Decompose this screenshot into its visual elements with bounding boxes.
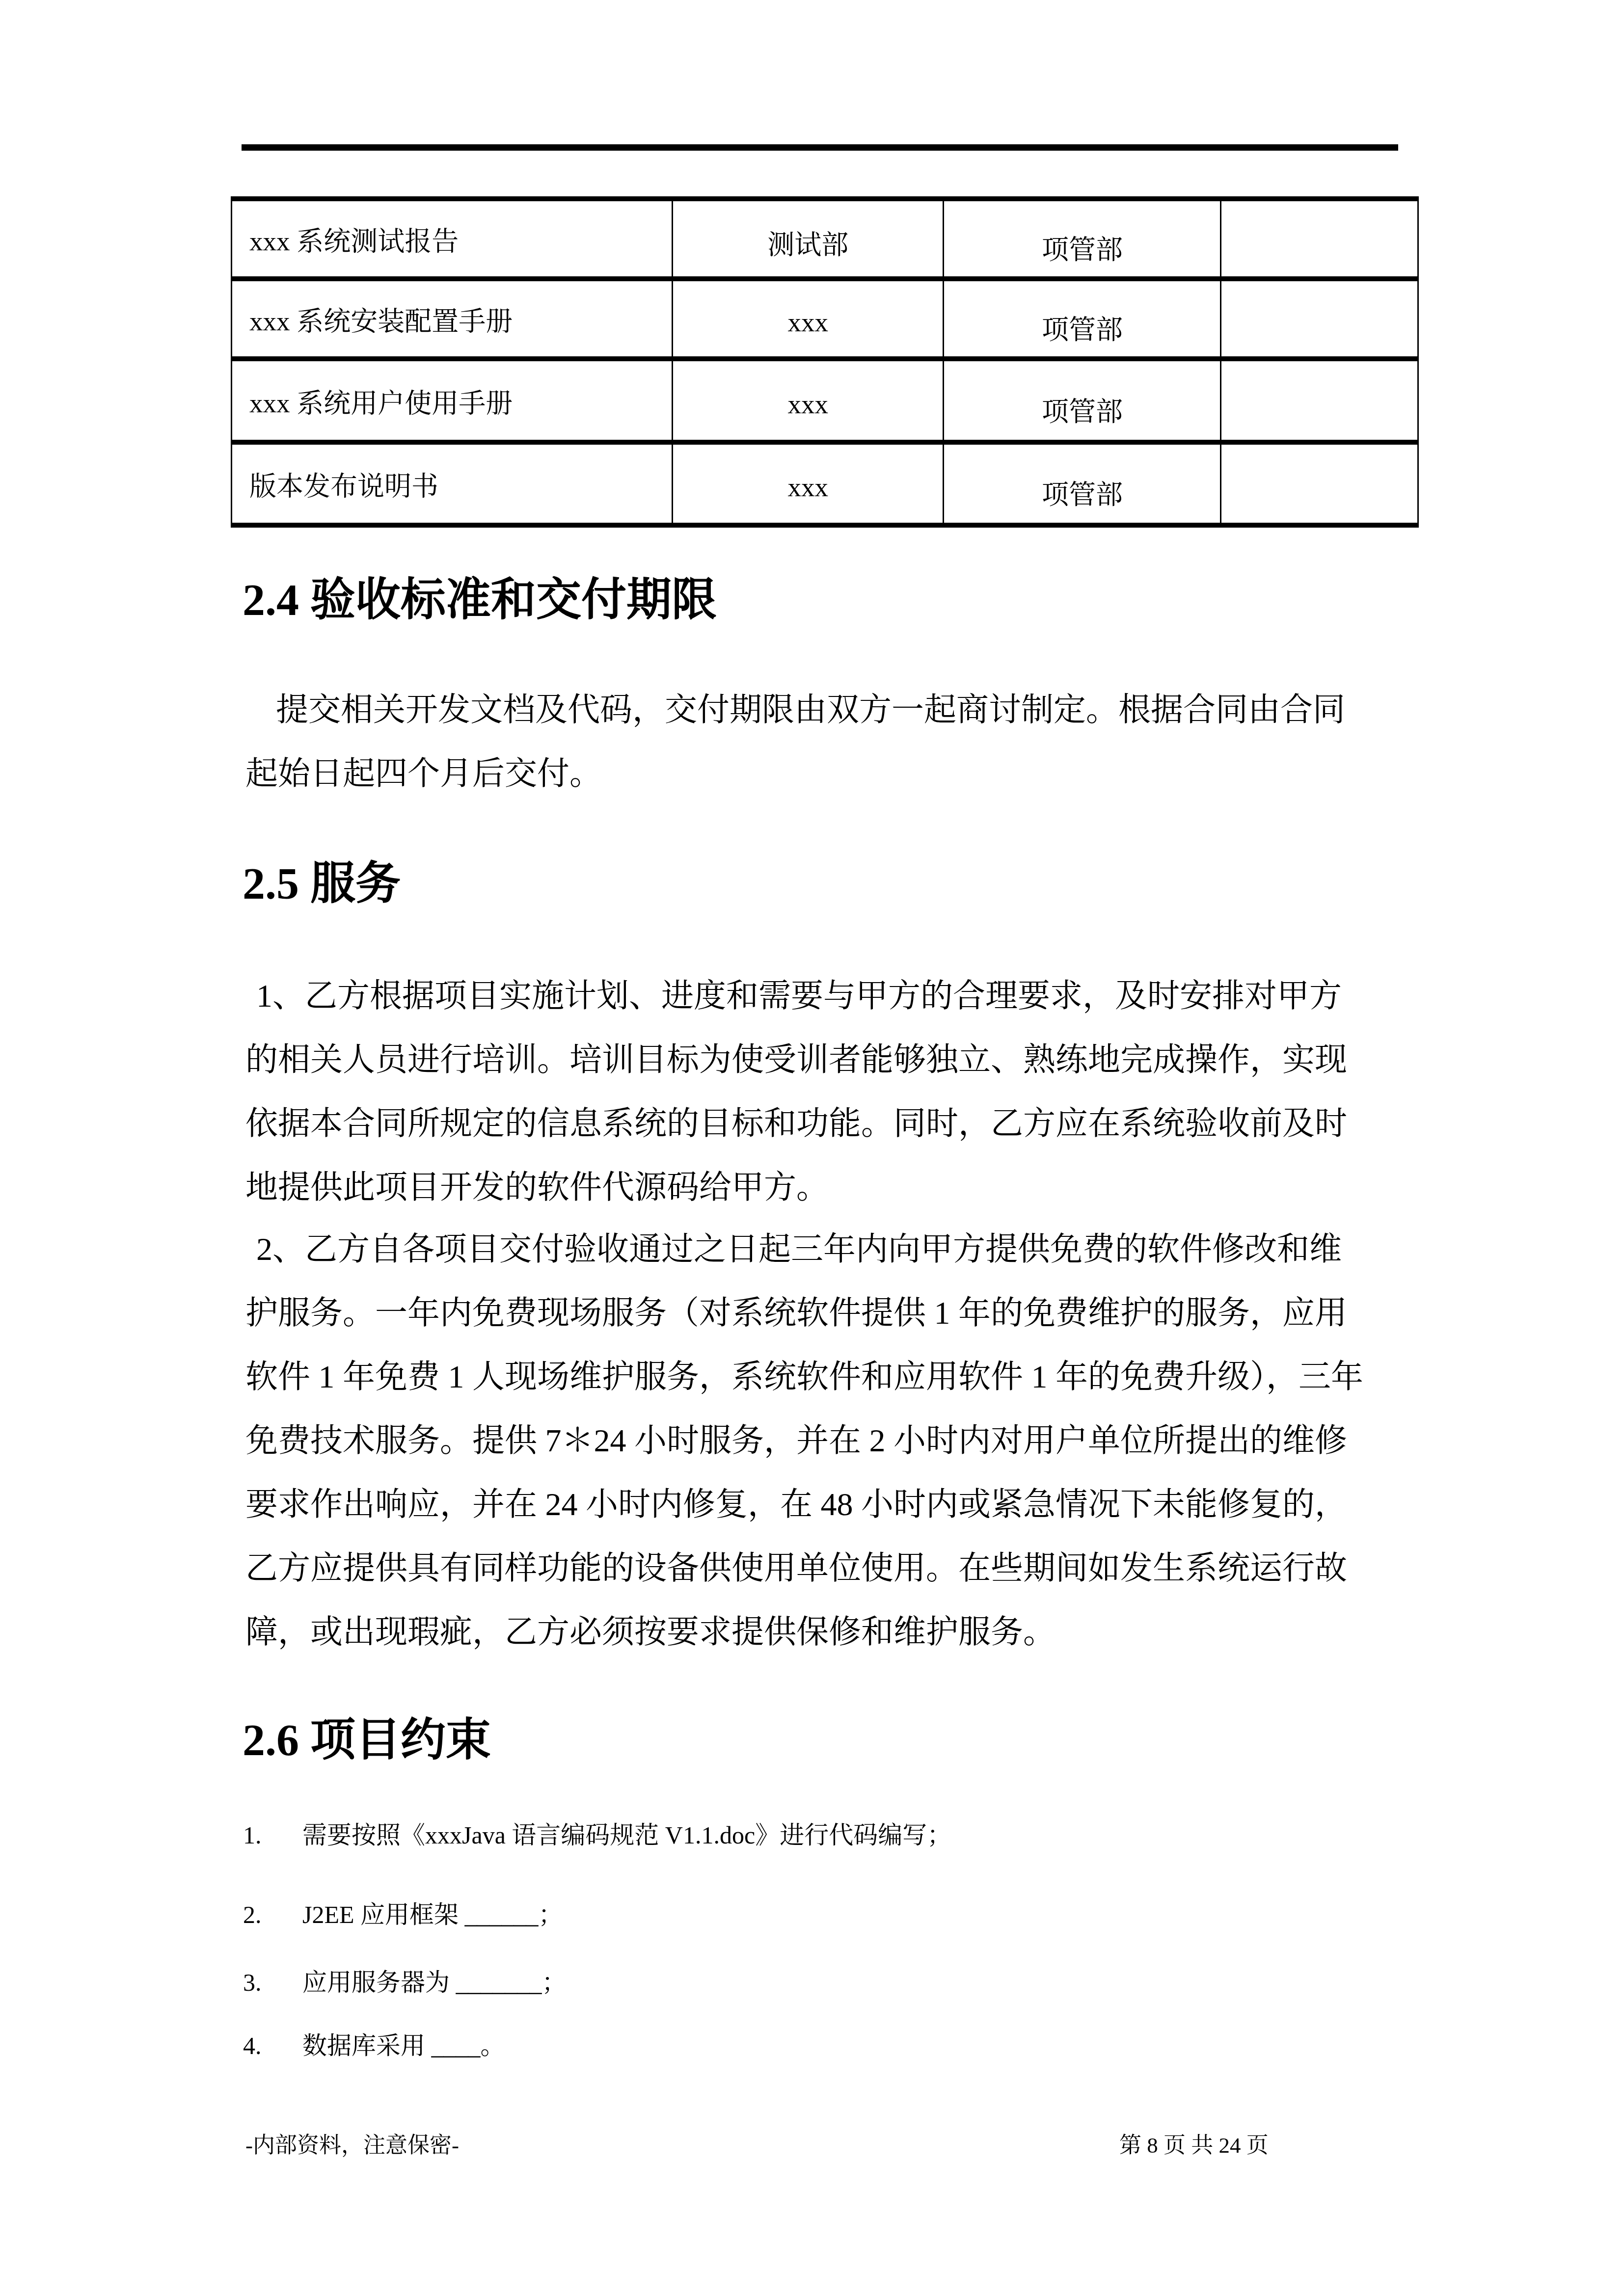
- list-item: 2.J2EE 应用框架 ______；: [243, 1890, 563, 1939]
- table-row: xxx 系统测试报告 测试部 项管部: [232, 199, 1418, 279]
- page-header-rule: [242, 144, 1398, 151]
- table-row: xxx 系统安装配置手册 xxx 项管部: [232, 279, 1418, 359]
- table-cell-dept: 项管部: [944, 359, 1221, 442]
- table-cell-owner: xxx: [673, 442, 944, 525]
- paragraph-line: 护服务。一年内免费现场服务（对系统软件提供 1 年的免费维护的服务，应用: [245, 1281, 1363, 1345]
- table-cell-dept: 项管部: [944, 279, 1221, 359]
- paragraph-line: 的相关人员进行培训。培训目标为使受训者能够独立、熟练地完成操作，实现: [245, 1028, 1347, 1092]
- list-item-text: 数据库采用 ____。: [302, 2032, 505, 2059]
- list-item-number: 4.: [243, 2021, 302, 2070]
- list-item: 3.应用服务器为 _______；: [243, 1958, 567, 2007]
- list-item-text: J2EE 应用框架 ______；: [302, 1901, 563, 1928]
- list-item-number: 1.: [243, 1811, 302, 1860]
- table-cell-dept: 项管部: [944, 442, 1221, 525]
- paragraph-2-4: 提交相关开发文档及代码，交付期限由双方一起商讨制定。根据合同由合同 起始日起四个…: [245, 678, 1345, 806]
- paragraph-line: 免费技术服务。提供 7＊24 小时服务，并在 2 小时内对用户单位所提出的维修: [245, 1409, 1363, 1473]
- section-heading-2-6: 2.6 项目约束: [243, 1713, 491, 1767]
- list-item-number: 3.: [243, 1958, 302, 2007]
- paragraph-line: 地提供此项目开发的软件代源码给甲方。: [245, 1156, 1347, 1220]
- table-row: xxx 系统用户使用手册 xxx 项管部: [232, 359, 1418, 442]
- list-item: 1.需要按照《xxxJava 语言编码规范 V1.1.doc》进行代码编写；: [243, 1811, 951, 1860]
- paragraph-line: 2、乙方自各项目交付验收通过之日起三年内向甲方提供免费的软件修改和维: [245, 1218, 1363, 1281]
- table-cell-doc-name: xxx 系统安装配置手册: [232, 279, 673, 359]
- table-cell-doc-name: xxx 系统测试报告: [232, 199, 673, 279]
- table-cell-owner: xxx: [673, 359, 944, 442]
- table-cell-doc-name: xxx 系统用户使用手册: [232, 359, 673, 442]
- table-row: 版本发布说明书 xxx 项管部: [232, 442, 1418, 525]
- list-item-text: 应用服务器为 _______；: [302, 1969, 567, 1996]
- list-item: 4.数据库采用 ____。: [243, 2021, 505, 2070]
- table-cell-empty: [1221, 279, 1418, 359]
- footer-page-number: 第 8 页 共 24 页: [1119, 2131, 1269, 2160]
- paragraph-2-5-2: 2、乙方自各项目交付验收通过之日起三年内向甲方提供免费的软件修改和维 护服务。一…: [245, 1218, 1363, 1664]
- table-cell-empty: [1221, 199, 1418, 279]
- paragraph-line: 软件 1 年免费 1 人现场维护服务，系统软件和应用软件 1 年的免费升级），三…: [245, 1345, 1363, 1409]
- document-page: { "table": { "rows": [ {"cells": ["xxx 系…: [0, 0, 1624, 2296]
- table-cell-empty: [1221, 359, 1418, 442]
- paragraph-line: 起始日起四个月后交付。: [245, 742, 1345, 806]
- footer-confidential-note: -内部资料，注意保密-: [245, 2131, 459, 2160]
- paragraph-2-5-1: 1、乙方根据项目实施计划、进度和需要与甲方的合理要求，及时安排对甲方 的相关人员…: [245, 964, 1347, 1220]
- table-cell-owner: 测试部: [673, 199, 944, 279]
- table-cell-owner: xxx: [673, 279, 944, 359]
- paragraph-line: 障，或出现瑕疵，乙方必须按要求提供保修和维护服务。: [245, 1601, 1363, 1664]
- list-item-number: 2.: [243, 1890, 302, 1939]
- paragraph-line: 要求作出响应，并在 24 小时内修复，在 48 小时内或紧急情况下未能修复的，: [245, 1473, 1363, 1537]
- paragraph-line: 依据本合同所规定的信息系统的目标和功能。同时，乙方应在系统验收前及时: [245, 1092, 1347, 1156]
- list-item-text: 需要按照《xxxJava 语言编码规范 V1.1.doc》进行代码编写；: [302, 1821, 951, 1849]
- section-heading-2-4: 2.4 验收标准和交付期限: [243, 573, 717, 627]
- paragraph-line: 提交相关开发文档及代码，交付期限由双方一起商讨制定。根据合同由合同: [245, 678, 1345, 742]
- table-cell-empty: [1221, 442, 1418, 525]
- paragraph-line: 1、乙方根据项目实施计划、进度和需要与甲方的合理要求，及时安排对甲方: [245, 964, 1347, 1028]
- table-cell-doc-name: 版本发布说明书: [232, 442, 673, 525]
- deliverables-table: xxx 系统测试报告 测试部 项管部 xxx 系统安装配置手册 xxx 项管部 …: [231, 196, 1419, 528]
- paragraph-line: 乙方应提供具有同样功能的设备供使用单位使用。在些期间如发生系统运行故: [245, 1537, 1363, 1601]
- table-cell-dept: 项管部: [944, 199, 1221, 279]
- section-heading-2-5: 2.5 服务: [243, 856, 401, 910]
